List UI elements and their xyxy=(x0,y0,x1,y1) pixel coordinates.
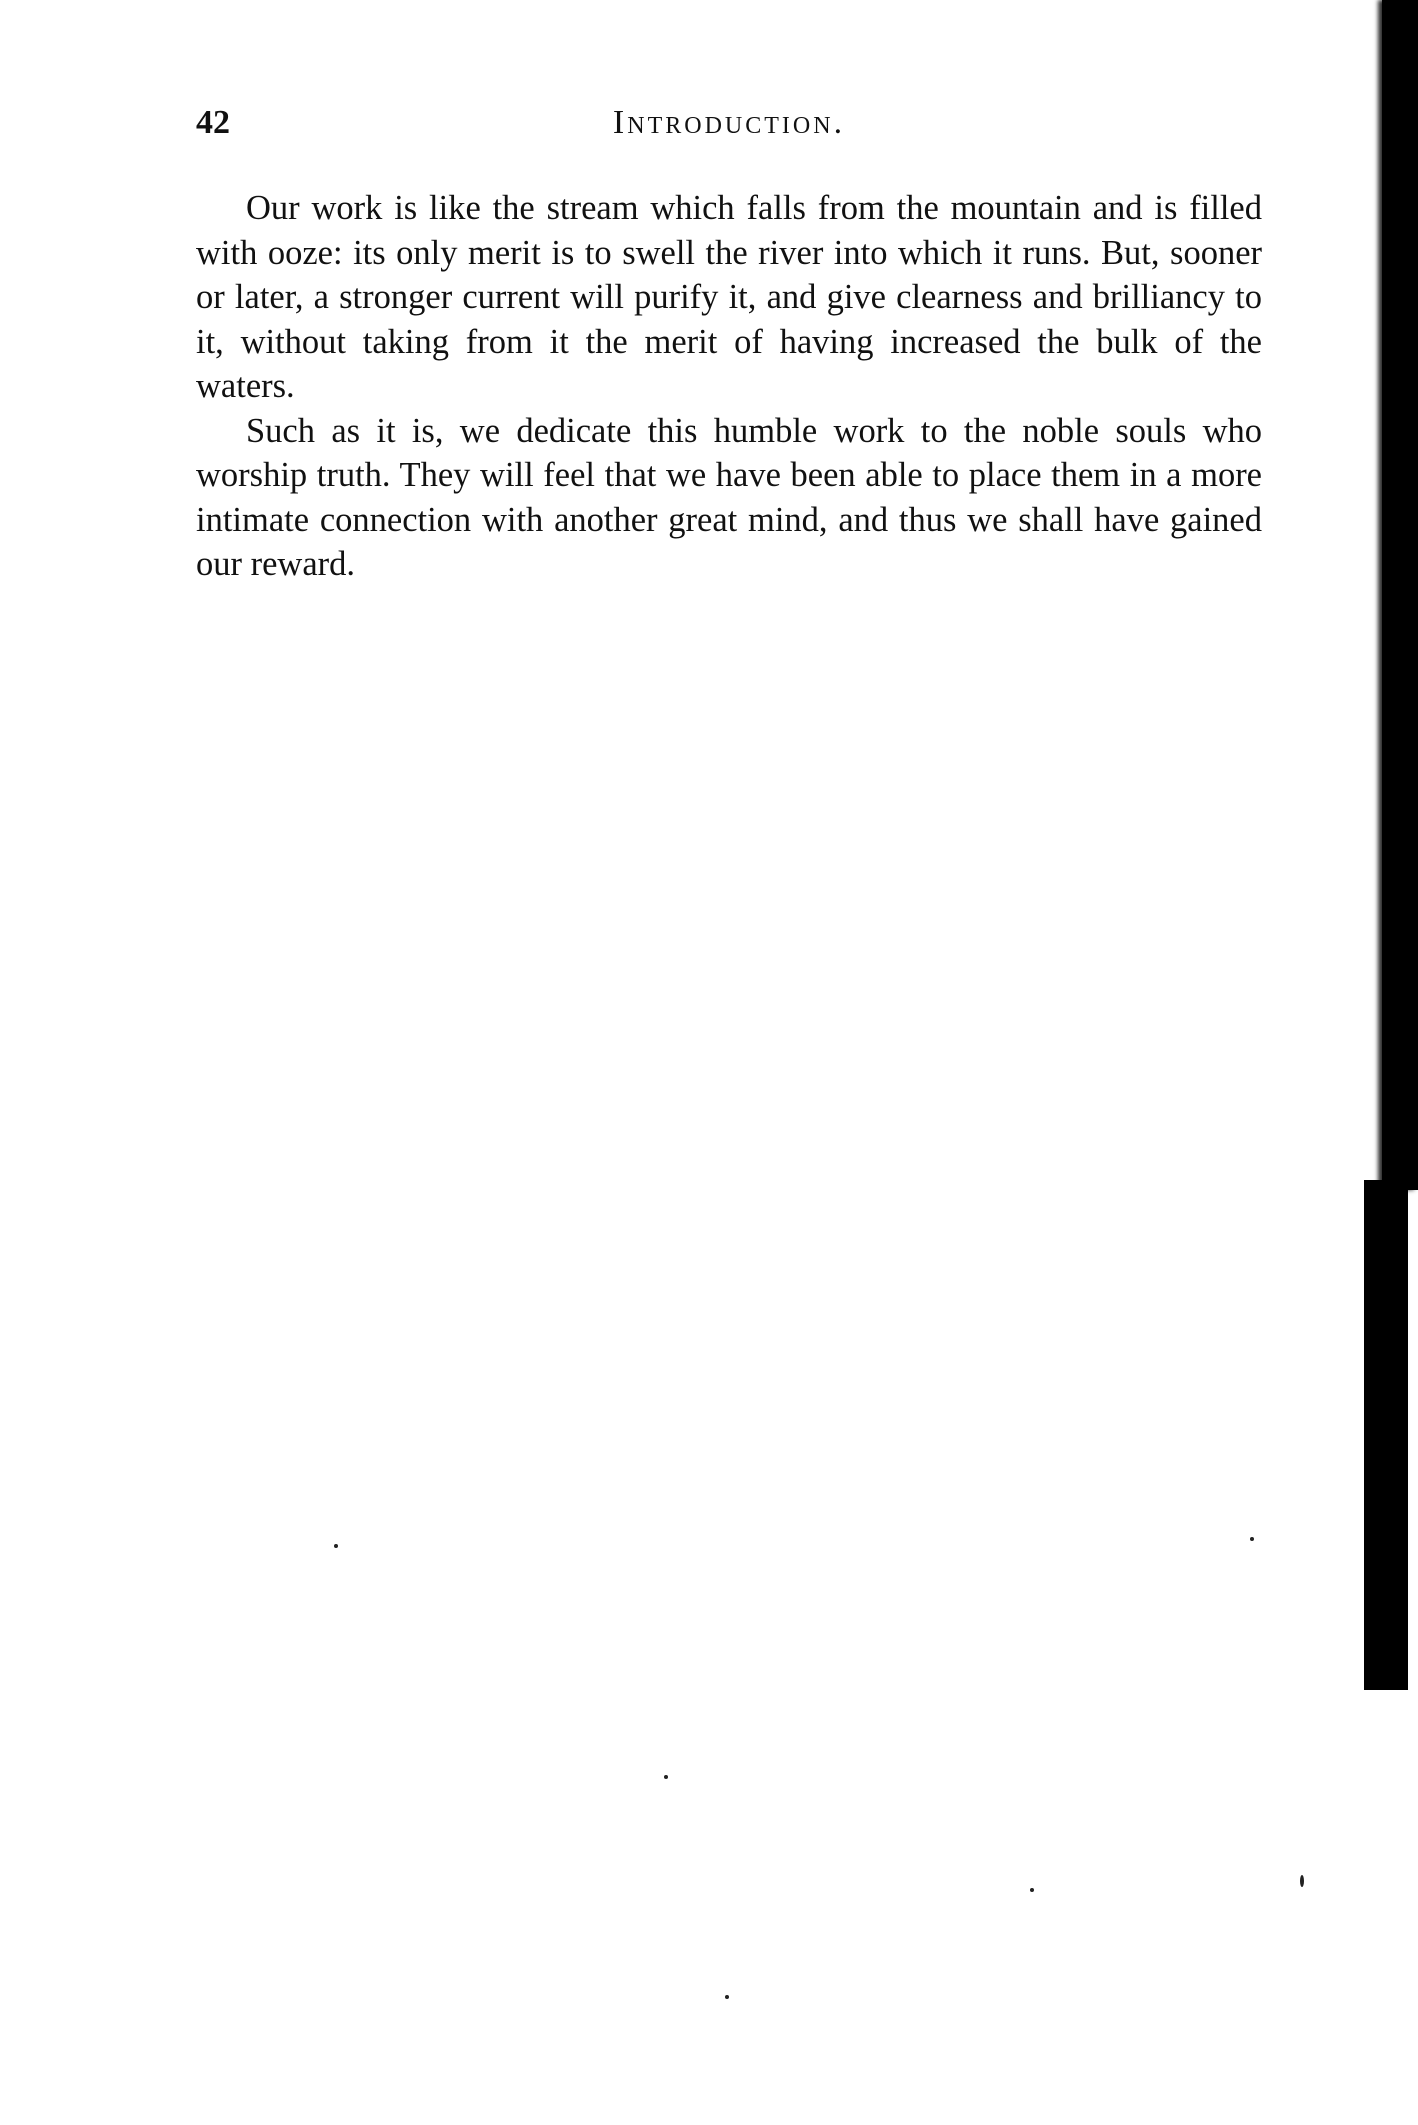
binding-shadow xyxy=(1374,0,1418,1690)
scan-speck xyxy=(1030,1888,1034,1892)
scan-speck xyxy=(725,1995,729,1999)
scan-speck xyxy=(334,1544,338,1548)
body-text: Our work is like the stream which falls … xyxy=(196,186,1262,587)
scan-speck xyxy=(1250,1537,1254,1541)
scan-speck xyxy=(1300,1875,1304,1887)
book-page: 42 Introduction. Our work is like the st… xyxy=(0,0,1418,2125)
running-head: Introduction. xyxy=(196,104,1262,142)
paragraph-1: Our work is like the stream which falls … xyxy=(196,186,1262,409)
binding-shadow-bottom xyxy=(1364,1180,1408,1690)
binding-shadow-top xyxy=(1382,0,1418,1190)
scan-speck xyxy=(664,1775,668,1779)
page-header: 42 Introduction. xyxy=(196,104,1262,154)
paragraph-2: Such as it is, we dedicate this humble w… xyxy=(196,409,1262,587)
